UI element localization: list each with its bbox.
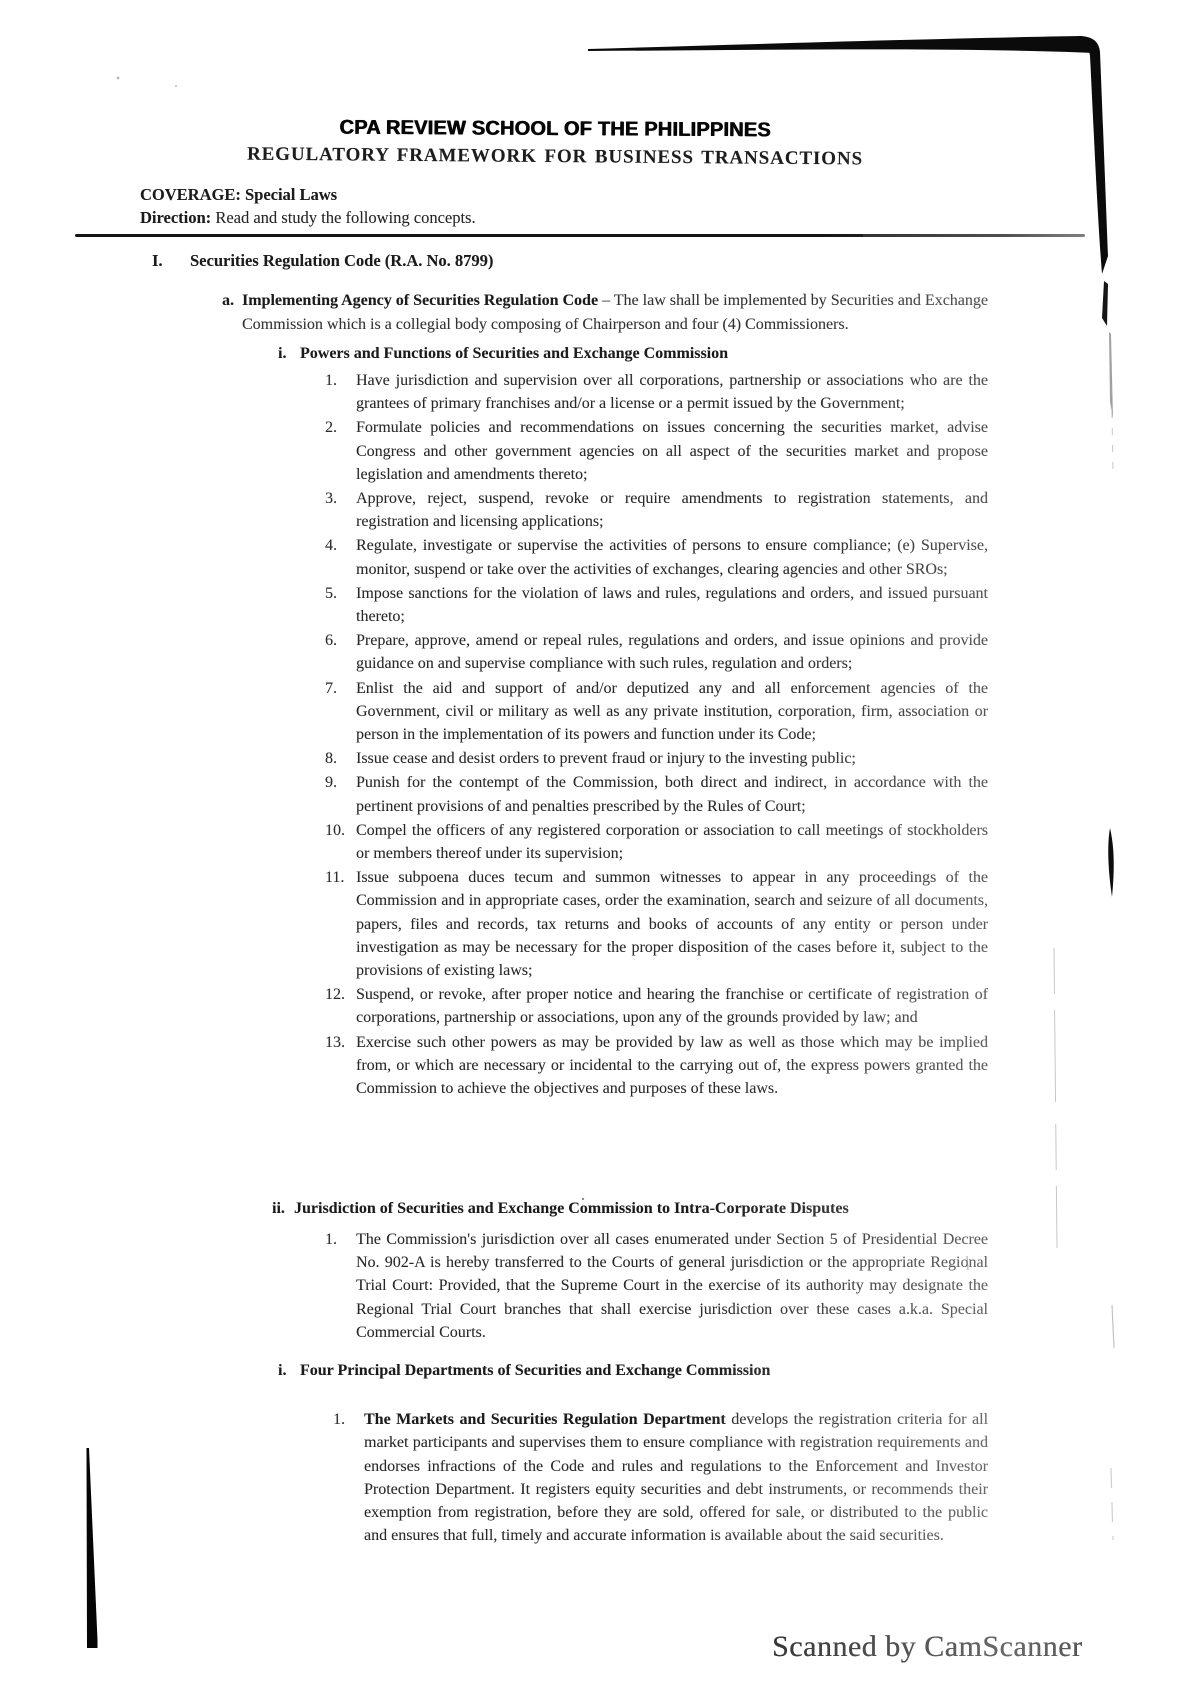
list-item: 1. The Markets and Securities Regulation…: [333, 1408, 988, 1548]
item-text: Approve, reject, suspend, revoke or requ…: [356, 487, 988, 533]
list-item: 7.Enlist the aid and support of and/or d…: [325, 677, 988, 747]
item-text: Issue cease and desist orders to prevent…: [356, 747, 988, 770]
department-description: develops the registration criteria for a…: [364, 1411, 988, 1544]
right-edge-faint-line: [1109, 332, 1113, 418]
item-text: Impose sanctions for the violation of la…: [356, 582, 988, 628]
coverage-line: COVERAGE: Special Laws: [140, 183, 476, 206]
right-edge-shadow: [1076, 36, 1108, 274]
powers-list: 1.Have jurisdiction and supervision over…: [325, 369, 988, 1101]
list-item: 13.Exercise such other powers as may be …: [325, 1031, 988, 1101]
topic-numeral: I.: [152, 251, 190, 271]
item-number: 9.: [325, 771, 356, 817]
jurisdiction-list: 1.The Commission's jurisdiction over all…: [325, 1228, 988, 1345]
direction-line: Direction: Read and study the following …: [140, 206, 476, 229]
direction-label: Direction:: [140, 208, 211, 227]
jurisdiction-marker: ii.: [272, 1200, 294, 1218]
powers-title: Powers and Functions of Securities and E…: [300, 345, 728, 363]
department-name: The Markets and Securities Regulation De…: [364, 1411, 726, 1428]
item-text: The Commission's jurisdiction over all c…: [356, 1228, 988, 1344]
item-number: 13.: [325, 1031, 356, 1101]
list-item: 4.Regulate, investigate or supervise the…: [325, 534, 988, 580]
item-number: 8.: [325, 747, 356, 770]
speck: [117, 77, 120, 80]
document-page: CPA REVIEW SCHOOL OF THE PHILIPPINES REG…: [0, 0, 1200, 1698]
left-edge-wedge: [87, 1448, 98, 1648]
item-number: 5.: [325, 582, 356, 628]
item-text: Issue subpoena duces tecum and summon wi…: [356, 866, 988, 982]
coverage-label: COVERAGE:: [140, 185, 241, 204]
item-text: Regulate, investigate or supervise the a…: [356, 534, 988, 580]
subject-title: REGULATORY FRAMEWORK FOR BUSINESS TRANSA…: [55, 142, 1055, 172]
list-item: 1.The Commission's jurisdiction over all…: [325, 1228, 988, 1344]
powers-marker: i.: [278, 345, 300, 363]
departments-list: 1. The Markets and Securities Regulation…: [333, 1408, 988, 1549]
list-item: 5.Impose sanctions for the violation of …: [325, 582, 988, 628]
list-item: 9.Punish for the contempt of the Commiss…: [325, 771, 988, 817]
departments-marker: i.: [278, 1362, 300, 1380]
list-item: 1.Have jurisdiction and supervision over…: [325, 369, 988, 415]
item-text: Formulate policies and recommendations o…: [356, 416, 988, 486]
top-edge-shadow: [588, 36, 1098, 53]
item-number: 6.: [325, 629, 356, 675]
list-item: 11.Issue subpoena duces tecum and summon…: [325, 866, 988, 982]
item-text: The Markets and Securities Regulation De…: [364, 1408, 988, 1548]
document-header: CPA REVIEW SCHOOL OF THE PHILIPPINES REG…: [55, 118, 1055, 168]
item-number: 1.: [325, 1228, 356, 1344]
item-text: Exercise such other powers as may be pro…: [356, 1031, 988, 1101]
list-item: 2.Formulate policies and recommendations…: [325, 416, 988, 486]
right-edge-lens-stroke: [1108, 828, 1113, 897]
departments-section-heading: i. Four Principal Departments of Securit…: [278, 1362, 770, 1380]
item-text: Enlist the aid and support of and/or dep…: [356, 677, 988, 747]
item-text: Have jurisdiction and supervision over a…: [356, 369, 988, 415]
section-divider: [75, 234, 1085, 237]
implementing-agency-text: Implementing Agency of Securities Regula…: [242, 289, 988, 336]
list-item: 3.Approve, reject, suspend, revoke or re…: [325, 487, 988, 533]
departments-title: Four Principal Departments of Securities…: [300, 1362, 770, 1380]
item-text: Punish for the contempt of the Commissio…: [356, 771, 988, 817]
list-item: 10.Compel the officers of any registered…: [325, 819, 988, 865]
speck: [175, 85, 177, 87]
jurisdiction-section-heading: ii. Jurisdiction of Securities and Excha…: [272, 1200, 849, 1218]
implementing-agency-item: a. Implementing Agency of Securities Reg…: [222, 289, 988, 336]
item-text: Prepare, approve, amend or repeal rules,…: [356, 629, 988, 675]
item-number: 11.: [325, 866, 356, 982]
direction-value: Read and study the following concepts.: [215, 208, 475, 227]
topic-heading: I. Securities Regulation Code (R.A. No. …: [152, 251, 493, 271]
item-text: Compel the officers of any registered co…: [356, 819, 988, 865]
school-title: CPA REVIEW SCHOOL OF THE PHILIPPINES: [55, 115, 1055, 144]
item-number: 3.: [325, 487, 356, 533]
item-text: Suspend, or revoke, after proper notice …: [356, 983, 988, 1029]
right-edge-faint-dash-lower: [1111, 1468, 1113, 1540]
item-number: 1.: [333, 1408, 364, 1548]
implementing-agency-lead: Implementing Agency of Securities Regula…: [242, 292, 598, 309]
right-edge-faint-dash-low: [1112, 1305, 1114, 1348]
list-item: 6.Prepare, approve, amend or repeal rule…: [325, 629, 988, 675]
list-item: 12.Suspend, or revoke, after proper noti…: [325, 983, 988, 1029]
powers-section-heading: i. Powers and Functions of Securities an…: [278, 345, 728, 363]
topic-title: Securities Regulation Code (R.A. No. 879…: [190, 251, 493, 271]
list-item: 8.Issue cease and desist orders to preve…: [325, 747, 988, 770]
item-number: 4.: [325, 534, 356, 580]
implementing-agency-marker: a.: [222, 289, 242, 336]
item-number: 12.: [325, 983, 356, 1029]
coverage-value: Special Laws: [245, 185, 337, 204]
coverage-direction-block: COVERAGE: Special Laws Direction: Read a…: [140, 183, 476, 229]
item-number: 1.: [325, 369, 356, 415]
item-number: 2.: [325, 416, 356, 486]
crease-line: [1054, 948, 1057, 1248]
right-edge-dashes: [1111, 360, 1113, 470]
item-number: 10.: [325, 819, 356, 865]
jurisdiction-title: Jurisdiction of Securities and Exchange …: [294, 1200, 849, 1218]
right-edge-stroke: [1102, 281, 1108, 326]
camscanner-credit: Scanned by CamScanner: [772, 1630, 1082, 1664]
item-number: 7.: [325, 677, 356, 747]
